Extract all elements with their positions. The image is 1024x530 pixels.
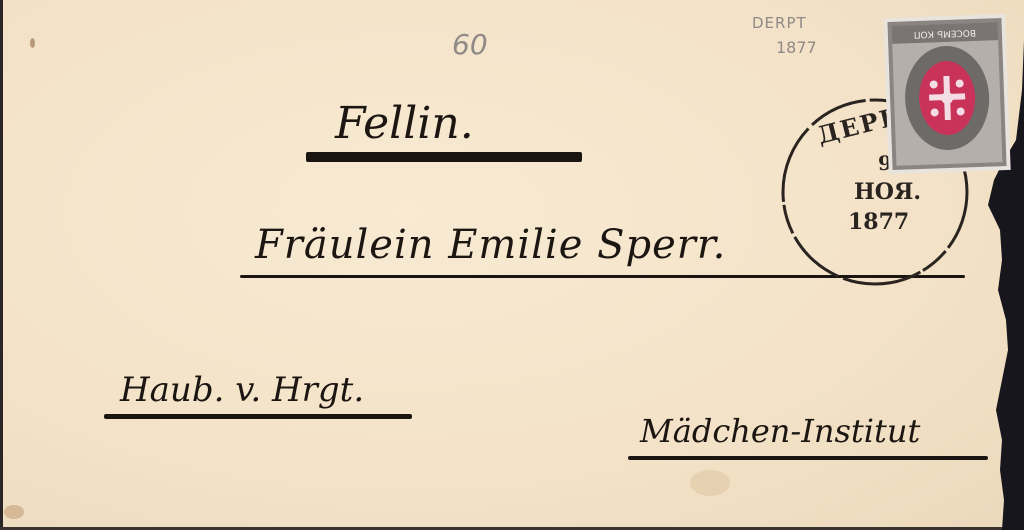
underline-note-left xyxy=(104,414,412,419)
stamp-eagle-icon: ВОСЕМЬ КОП xyxy=(881,12,1013,176)
postmark-month: НОЯ. xyxy=(854,179,921,205)
envelope: 60 DERPT 1877 Fellin. Fräulein Emilie Sp… xyxy=(0,0,1024,530)
postage-stamp: ВОСЕМЬ КОП xyxy=(881,12,1013,176)
underline-institution xyxy=(628,456,988,460)
underline-town xyxy=(306,152,582,162)
stain xyxy=(4,505,24,519)
address-institution: Mädchen-Institut xyxy=(640,412,920,450)
scan-left-border xyxy=(0,0,3,530)
stain xyxy=(690,470,730,496)
address-recipient: Fräulein Emilie Sperr. xyxy=(255,222,726,268)
address-note-left: Haub. v. Hrgt. xyxy=(120,370,364,410)
postmark-year: 1877 xyxy=(848,209,909,235)
pencil-price-note: 60 xyxy=(452,28,488,61)
stain xyxy=(30,38,35,48)
address-town: Fellin. xyxy=(335,98,474,149)
pencil-year-note: 1877 xyxy=(776,38,817,57)
pencil-town-note: DERPT xyxy=(752,14,807,32)
